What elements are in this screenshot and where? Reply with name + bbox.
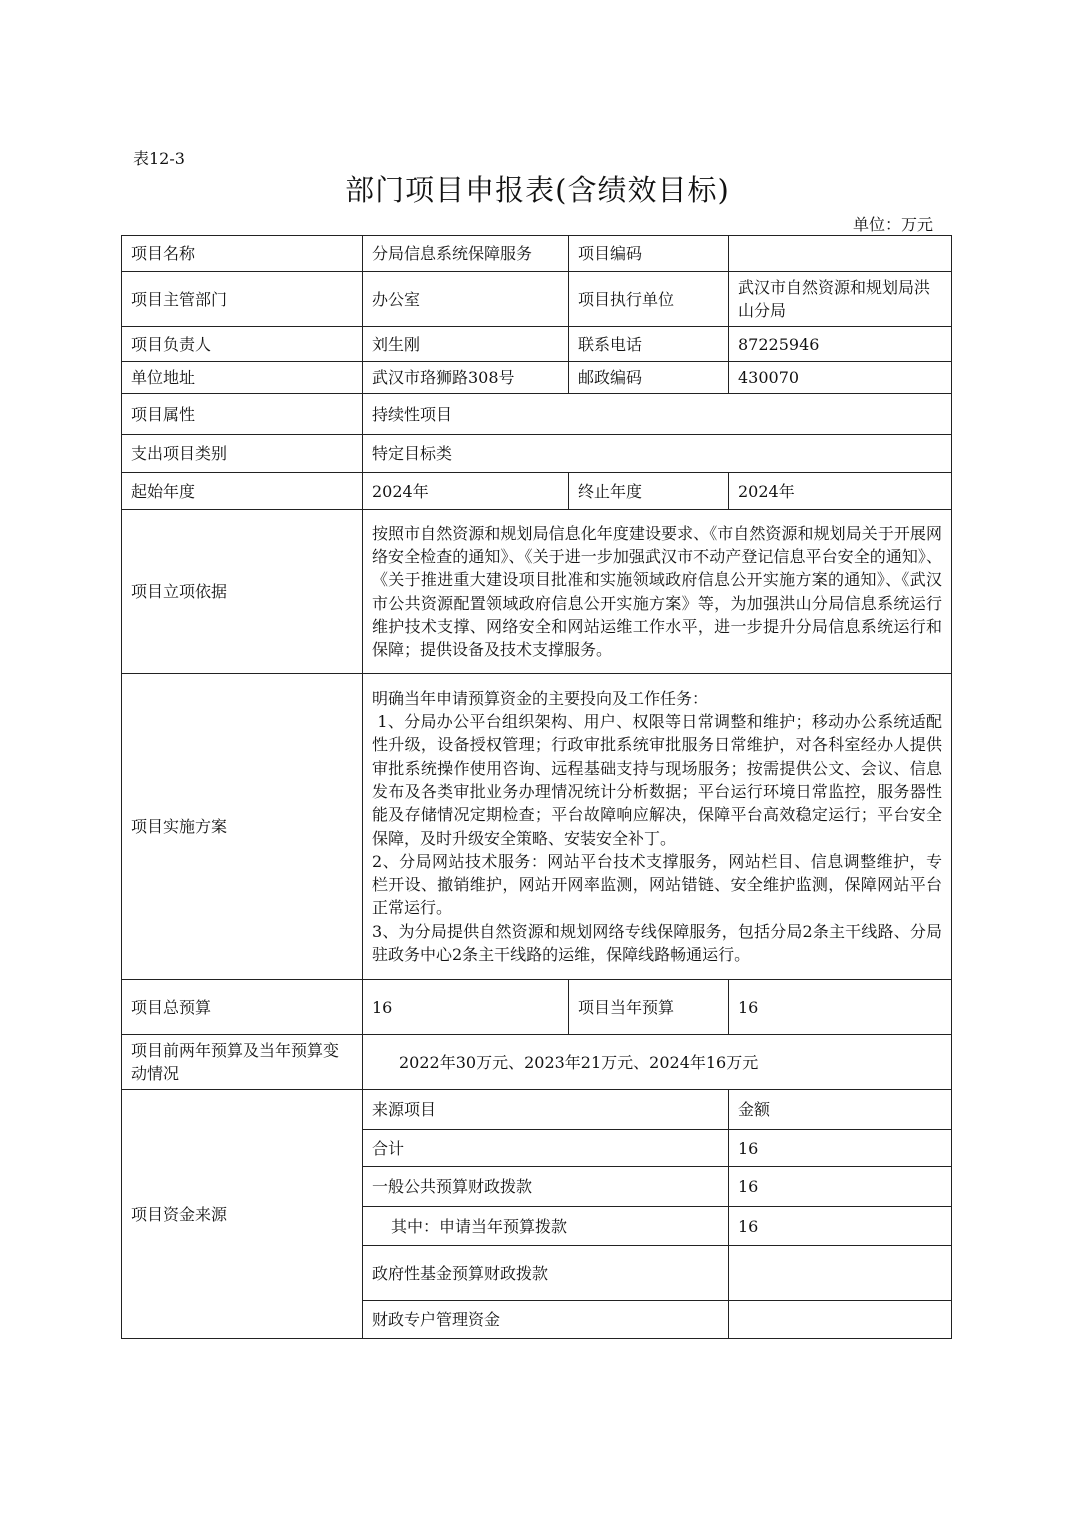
table-row: 项目负责人 刘生刚 联系电话 87225946	[122, 327, 952, 362]
label-cell: 起始年度	[122, 473, 363, 510]
value-cell: 武汉市珞狮路308号	[363, 362, 569, 394]
plan-text: 明确当年申请预算资金的主要投向及工作任务： 1、分局办公平台组织架构、用户、权限…	[363, 674, 952, 980]
label-cell: 项目名称	[122, 236, 363, 272]
plan-item-3: 3、为分局提供自然资源和规划网络专线保障服务，包括分局2条主干线路、分局驻政务中…	[372, 920, 942, 967]
table-row: 项目前两年预算及当年预算变动情况 2022年30万元、2023年21万元、202…	[122, 1035, 952, 1090]
table-row: 项目实施方案 明确当年申请预算资金的主要投向及工作任务： 1、分局办公平台组织架…	[122, 674, 952, 980]
value-cell	[729, 236, 952, 272]
funding-header-source: 来源项目	[363, 1090, 729, 1130]
label-cell: 项目当年预算	[569, 980, 729, 1035]
value-cell: 2022年30万元、2023年21万元、2024年16万元	[363, 1035, 952, 1090]
table-row: 项目总预算 16 项目当年预算 16	[122, 980, 952, 1035]
label-cell: 项目立项依据	[122, 510, 363, 674]
doc-label: 表12-3	[133, 146, 185, 169]
label-cell: 邮政编码	[569, 362, 729, 394]
label-cell: 项目编码	[569, 236, 729, 272]
label-cell: 项目前两年预算及当年预算变动情况	[122, 1035, 363, 1090]
funding-source: 其中：申请当年预算拨款	[363, 1207, 729, 1246]
label-cell: 项目主管部门	[122, 272, 363, 327]
value-cell: 办公室	[363, 272, 569, 327]
value-cell: 16	[363, 980, 569, 1035]
value-cell: 87225946	[729, 327, 952, 362]
page-title: 部门项目申报表(含绩效目标)	[0, 168, 1075, 209]
plan-intro: 明确当年申请预算资金的主要投向及工作任务：	[372, 687, 942, 710]
table-row: 项目主管部门 办公室 项目执行单位 武汉市自然资源和规划局洪山分局	[122, 272, 952, 327]
value-cell: 16	[729, 980, 952, 1035]
unit-label: 单位：万元	[853, 212, 933, 235]
table-row: 支出项目类别 特定目标类	[122, 435, 952, 473]
value-cell: 持续性项目	[363, 394, 952, 435]
value-cell: 2024年	[363, 473, 569, 510]
label-cell: 项目执行单位	[569, 272, 729, 327]
label-cell: 项目总预算	[122, 980, 363, 1035]
funding-amount: 16	[729, 1130, 952, 1167]
plan-item-1: 1、分局办公平台组织架构、用户、权限等日常调整和维护；移动办公系统适配性升级，设…	[372, 710, 942, 850]
label-cell: 终止年度	[569, 473, 729, 510]
table-row: 起始年度 2024年 终止年度 2024年	[122, 473, 952, 510]
funding-amount: 16	[729, 1167, 952, 1207]
label-cell: 项目实施方案	[122, 674, 363, 980]
funding-amount	[729, 1246, 952, 1301]
label-cell: 项目负责人	[122, 327, 363, 362]
table-row: 项目资金来源 来源项目 金额	[122, 1090, 952, 1130]
label-cell: 联系电话	[569, 327, 729, 362]
label-cell: 项目属性	[122, 394, 363, 435]
value-cell: 2024年	[729, 473, 952, 510]
value-cell: 特定目标类	[363, 435, 952, 473]
value-cell: 刘生刚	[363, 327, 569, 362]
table-row: 项目名称 分局信息系统保障服务 项目编码	[122, 236, 952, 272]
value-cell: 430070	[729, 362, 952, 394]
label-cell: 支出项目类别	[122, 435, 363, 473]
project-application-table: 项目名称 分局信息系统保障服务 项目编码 项目主管部门 办公室 项目执行单位 武…	[121, 235, 952, 1339]
label-cell: 单位地址	[122, 362, 363, 394]
funding-source: 合计	[363, 1130, 729, 1167]
table-row: 项目立项依据 按照市自然资源和规划局信息化年度建设要求、《市自然资源和规划局关于…	[122, 510, 952, 674]
funding-source: 财政专户管理资金	[363, 1301, 729, 1339]
value-cell: 分局信息系统保障服务	[363, 236, 569, 272]
funding-header-amount: 金额	[729, 1090, 952, 1130]
funding-source: 政府性基金预算财政拨款	[363, 1246, 729, 1301]
funding-amount	[729, 1301, 952, 1339]
table-row: 单位地址 武汉市珞狮路308号 邮政编码 430070	[122, 362, 952, 394]
funding-source: 一般公共预算财政拨款	[363, 1167, 729, 1207]
funding-amount: 16	[729, 1207, 952, 1246]
value-cell: 武汉市自然资源和规划局洪山分局	[729, 272, 952, 327]
plan-item-2: 2、分局网站技术服务：网站平台技术支撑服务，网站栏目、信息调整维护，专栏开设、撤…	[372, 850, 942, 920]
basis-text: 按照市自然资源和规划局信息化年度建设要求、《市自然资源和规划局关于开展网络安全检…	[363, 510, 952, 674]
label-cell: 项目资金来源	[122, 1090, 363, 1339]
table-row: 项目属性 持续性项目	[122, 394, 952, 435]
